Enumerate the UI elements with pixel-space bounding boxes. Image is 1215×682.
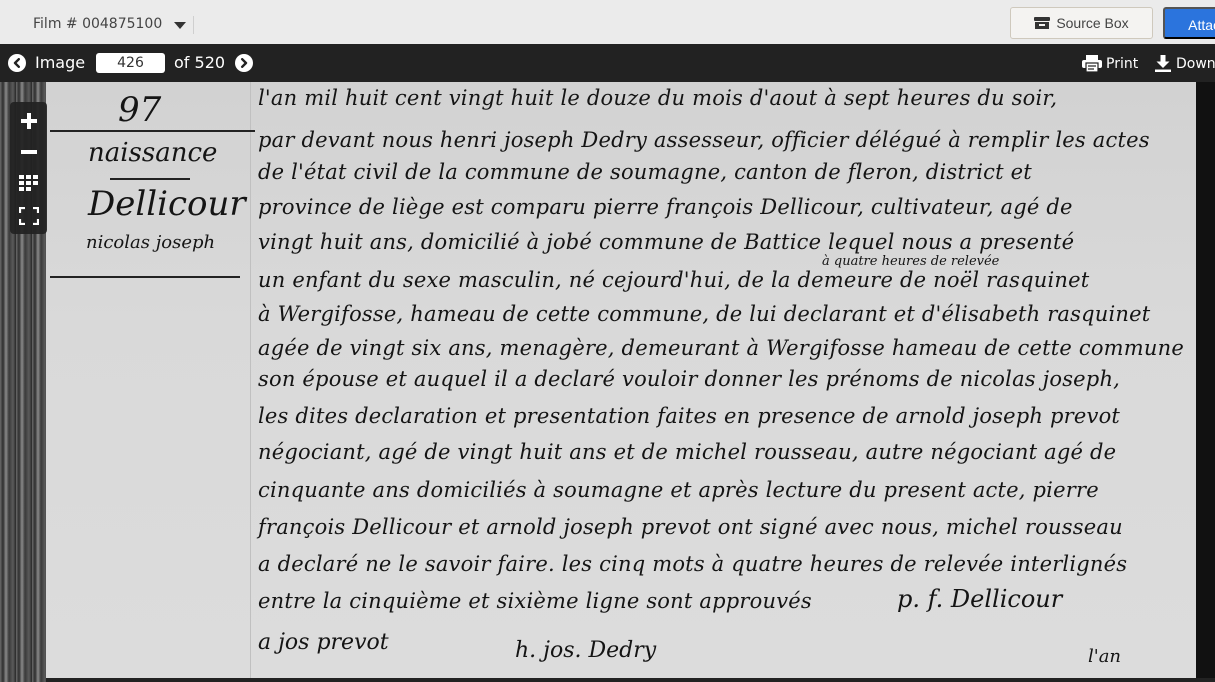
minus-icon [21,150,37,154]
zoom-in-button[interactable] [10,106,47,136]
previous-image-button[interactable] [8,54,26,72]
document-line: cinquante ans domiciliés à soumagne et a… [258,478,1099,502]
download-label: Download [1176,56,1215,72]
source-box-label: Source Box [1056,15,1128,31]
page-edge-shadow [1196,82,1215,682]
document-line: son épouse et auquel il a declaré vouloi… [258,367,1120,391]
document-line: a declaré ne le savoir faire. les cinq m… [258,552,1127,576]
image-total-label: of 520 [174,53,225,72]
next-image-button[interactable] [235,54,253,72]
image-number-input[interactable] [96,53,165,73]
plus-icon [21,113,37,129]
page-bottom-shadow [46,678,1215,682]
print-label: Print [1106,56,1138,72]
margin-given-names: nicolas joseph [86,232,215,253]
catchword: l'an [1088,646,1121,667]
chevron-down-icon[interactable] [174,22,186,29]
document-line: de l'état civil de la commune de soumagn… [258,160,1032,184]
signature-prevot: a jos prevot [258,630,389,655]
download-icon [1155,55,1171,72]
document-line: par devant nous henri joseph Dedry asses… [258,128,1150,152]
fullscreen-button[interactable] [10,201,47,231]
top-bar: Film # 004875100 Source Box Attach [0,0,1215,44]
zoom-out-button[interactable] [10,137,47,167]
document-line: les dites declaration et presentation fa… [258,404,1120,428]
document-line: province de liège est comparu pierre fra… [258,195,1073,219]
grid-icon [19,175,38,191]
document-line: agée de vingt six ans, menagère, demeura… [258,336,1184,360]
document-line: françois Dellicour et arnold joseph prev… [258,515,1123,539]
chevron-left-icon [12,58,22,68]
print-button[interactable]: Print [1082,55,1138,72]
signature-dellicour: p. f. Dellicour [897,585,1062,613]
margin-rule [50,130,255,132]
record-type: naissance [88,138,217,168]
surname-rule [110,178,190,180]
document-line: vingt huit ans, domicilié à jobé commune… [258,230,1074,254]
archive-box-icon [1034,17,1050,29]
gallery-view-button[interactable] [10,168,47,198]
divider [193,16,194,34]
film-selector[interactable]: Film # 004875100 [33,16,186,32]
document-line: négociant, agé de vingt huit ans et de m… [258,440,1116,464]
margin-surname: Dellicour [88,184,246,224]
record-number: 97 [118,90,161,130]
chevron-right-icon [239,58,249,68]
film-label: Film # 004875100 [33,16,162,32]
document-line: à Wergifosse, hameau de cette commune, d… [258,302,1150,326]
margin-line [250,82,251,682]
attach-label: Attach [1188,17,1215,33]
attach-button[interactable]: Attach [1163,7,1215,39]
document-line: entre la cinquième et sixième ligne sont… [258,589,812,613]
printer-icon [1082,55,1102,72]
image-label: Image [35,53,85,72]
source-box-button[interactable]: Source Box [1010,7,1153,39]
zoom-controls [10,102,47,234]
interlinear-insert: à quatre heures de relevée [822,254,999,269]
document-line: un enfant du sexe masculin, né cejourd'h… [258,268,1089,292]
fullscreen-icon [19,207,39,225]
document-line: l'an mil huit cent vingt huit le douze d… [258,86,1057,110]
image-toolbar: Image of 520 Print Download [0,44,1215,82]
margin-rule-bottom [50,276,240,278]
signature-dedry: h. jos. Dedry [515,638,656,663]
image-viewer[interactable]: 97 naissance Dellicour nicolas joseph l'… [0,82,1215,682]
download-button[interactable]: Download [1155,55,1215,72]
